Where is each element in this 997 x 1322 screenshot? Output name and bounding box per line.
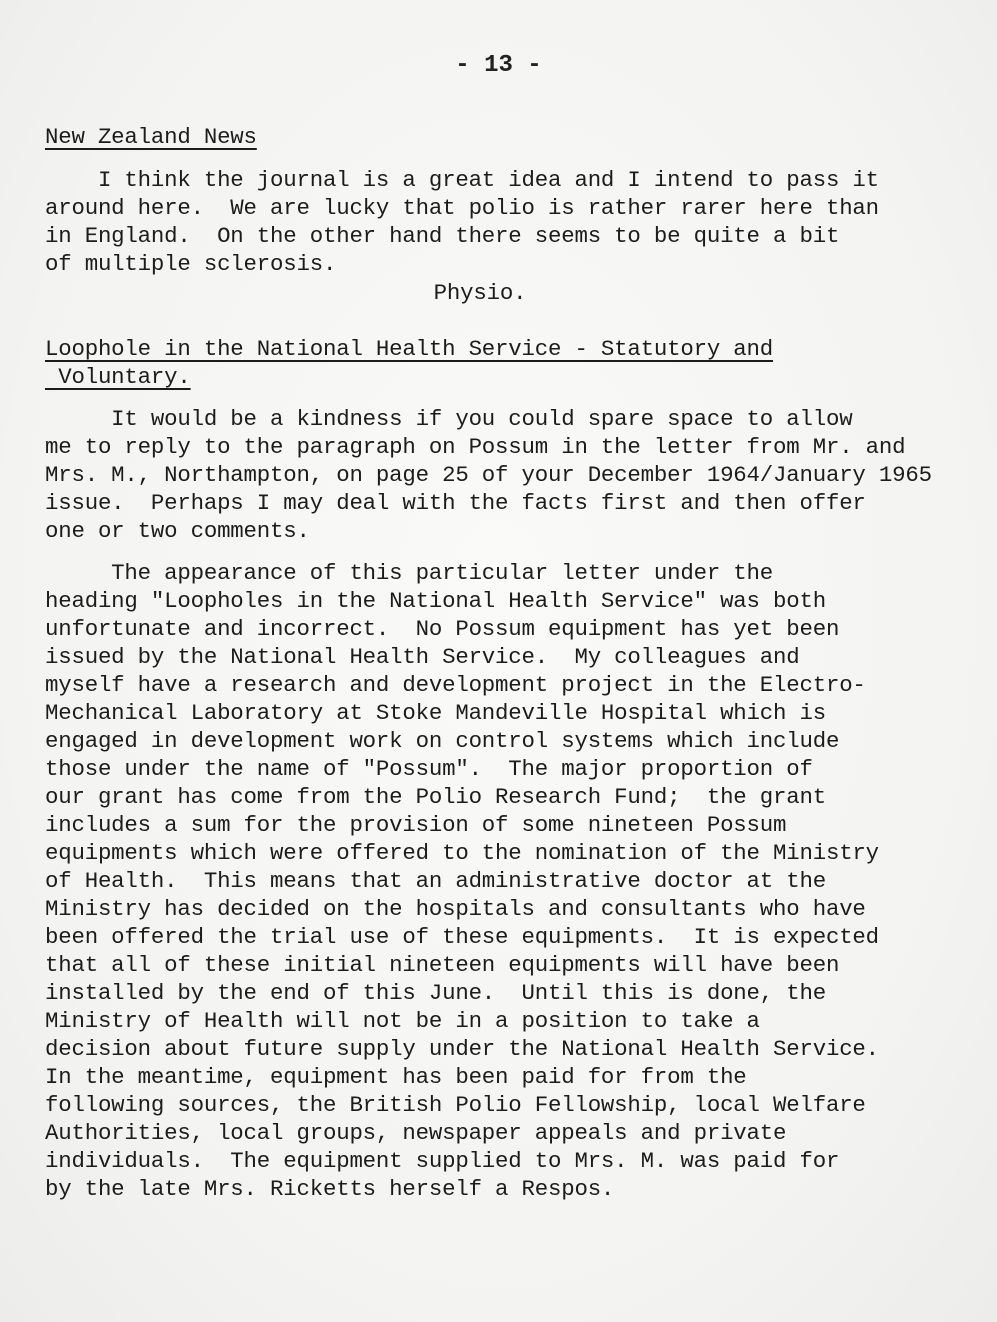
paragraph-line: individuals. The equipment supplied to M… <box>45 1147 839 1175</box>
paragraph-line: issued by the National Health Service. M… <box>45 643 800 671</box>
paragraph-line: decision about future supply under the N… <box>45 1035 879 1063</box>
paragraph-line: In the meantime, equipment has been paid… <box>45 1063 747 1091</box>
section-heading-new-zealand-news: New Zealand News <box>45 123 257 151</box>
paragraph-line: Mechanical Laboratory at Stoke Mandevill… <box>45 699 826 727</box>
paragraph-line: Ministry of Health will not be in a posi… <box>45 1007 760 1035</box>
paragraph-line: unfortunate and incorrect. No Possum equ… <box>45 615 839 643</box>
paragraph-line: equipments which were offered to the nom… <box>45 839 879 867</box>
section-heading-loophole-cont: Voluntary. <box>45 363 191 391</box>
paragraph-line: It would be a kindness if you could spar… <box>45 405 852 433</box>
paragraph-line: of Health. This means that an administra… <box>45 867 826 895</box>
document-page: - 13 - New Zealand News I think the jour… <box>0 0 997 1322</box>
paragraph-line: heading "Loopholes in the National Healt… <box>45 587 826 615</box>
paragraph-line: The appearance of this particular letter… <box>45 559 773 587</box>
paragraph-line: following sources, the British Polio Fel… <box>45 1091 866 1119</box>
paragraph-line: myself have a research and development p… <box>45 671 866 699</box>
paragraph-line: me to reply to the paragraph on Possum i… <box>45 433 905 461</box>
paragraph-line: Mrs. M., Northampton, on page 25 of your… <box>45 461 932 489</box>
paragraph-line: Authorities, local groups, newspaper app… <box>45 1119 786 1147</box>
paragraph-line: Ministry has decided on the hospitals an… <box>45 895 866 923</box>
paragraph-line: that all of these initial nineteen equip… <box>45 951 839 979</box>
paragraph-line: installed by the end of this June. Until… <box>45 979 826 1007</box>
paragraph-line: our grant has come from the Polio Resear… <box>45 783 826 811</box>
paragraph-line: includes a sum for the provision of some… <box>45 811 786 839</box>
paragraph-line: around here. We are lucky that polio is … <box>45 194 879 222</box>
paragraph-line: one or two comments. <box>45 517 310 545</box>
paragraph-line: in England. On the other hand there seem… <box>45 222 839 250</box>
paragraph-line: I think the journal is a great idea and … <box>45 166 879 194</box>
paragraph-line: engaged in development work on control s… <box>45 727 839 755</box>
signature-physio: Physio. <box>0 279 960 307</box>
bleed-through-text <box>150 108 950 164</box>
section-heading-loophole: Loophole in the National Health Service … <box>45 335 773 363</box>
page-number: - 13 - <box>0 52 997 79</box>
paragraph-line: issue. Perhaps I may deal with the facts… <box>45 489 866 517</box>
paragraph-line: by the late Mrs. Ricketts herself a Resp… <box>45 1175 614 1203</box>
paragraph-line: been offered the trial use of these equi… <box>45 923 879 951</box>
paragraph-line: of multiple sclerosis. <box>45 250 336 278</box>
paragraph-line: those under the name of "Possum". The ma… <box>45 755 813 783</box>
